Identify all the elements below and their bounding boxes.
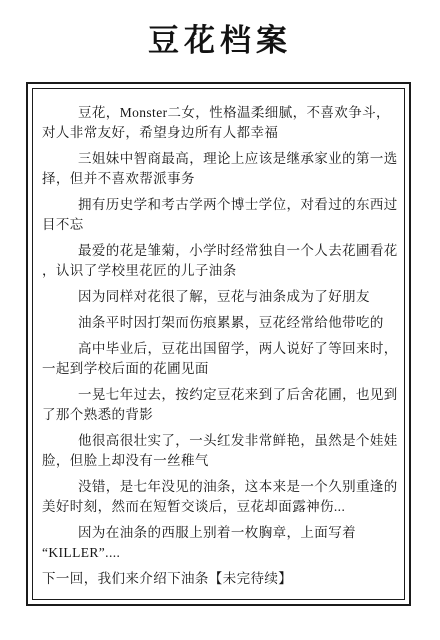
paragraph: 下一回，我们来介绍下油条【未完待续】 [42,569,398,589]
paragraph: 高中毕业后，豆花出国留学，两人说好了等回来时， 一起到学校后面的花圃见面 [42,339,398,379]
profile-box-content: 豆花，Monster二女，性格温柔细腻，不喜欢争斗， 对人非常友好，希望身边所有… [32,88,405,600]
paragraph: 他很高很壮实了，一头红发非常鲜艳，虽然是个娃娃 脸，但脸上却没有一丝稚气 [42,431,398,471]
paragraph: 因为在油条的西服上别着一枚胸章，上面写着 “KILLER”.... [42,523,398,563]
profile-box-outer-border: 豆花，Monster二女，性格温柔细腻，不喜欢争斗， 对人非常友好，希望身边所有… [26,82,411,606]
paragraph: 最爱的花是雏菊，小学时经常独自一个人去花圃看花 ，认识了学校里花匠的儿子油条 [42,241,398,281]
paragraph: 油条平时因打架而伤痕累累，豆花经常给他带吃的 [42,313,398,333]
paragraph: 拥有历史学和考古学两个博士学位，对看过的东西过 目不忘 [42,195,398,235]
page-title: 豆花档案 [0,24,440,58]
paragraph: 因为同样对花很了解，豆花与油条成为了好朋友 [42,287,398,307]
paragraph: 三姐妹中智商最高，理论上应该是继承家业的第一选 择，但并不喜欢帮派事务 [42,149,398,189]
paragraph: 没错，是七年没见的油条，这本来是一个久别重逢的 美好时刻，然而在短暂交谈后，豆花… [42,477,398,517]
paragraph: 一晃七年过去，按约定豆花来到了后舍花圃，也见到 了那个熟悉的背影 [42,385,398,425]
paragraph: 豆花，Monster二女，性格温柔细腻，不喜欢争斗， 对人非常友好，希望身边所有… [42,103,398,143]
page: { "page": { "title": "豆花档案" }, "document… [0,0,440,640]
